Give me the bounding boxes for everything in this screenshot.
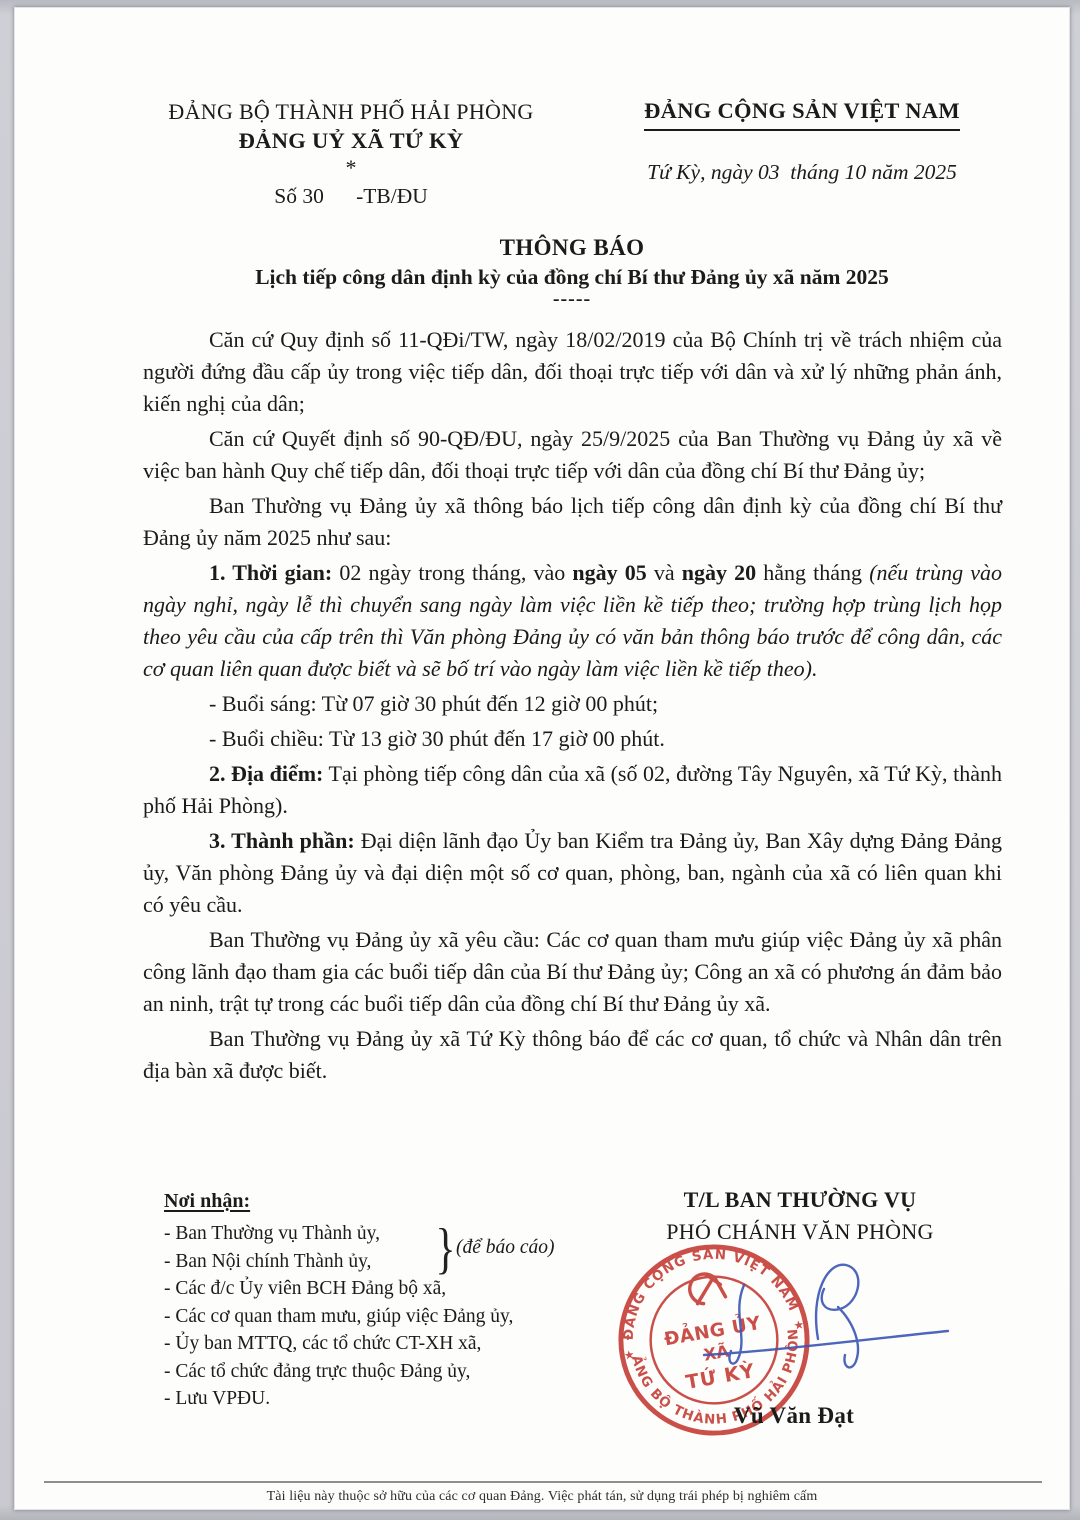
- recipient-item: - Các tổ chức đảng trực thuộc Đảng ủy,: [164, 1358, 594, 1386]
- section-time-day-05: ngày 05: [572, 560, 646, 585]
- section-participants: 3. Thành phần: Đại diện lãnh đạo Ủy ban …: [143, 825, 1002, 921]
- title-divider: -----: [143, 292, 1001, 307]
- section-time-day-20: ngày 20: [682, 560, 756, 585]
- signer-position: PHÓ CHÁNH VĂN PHÒNG: [615, 1215, 985, 1248]
- scanned-document-background: { "header": { "org_parent": "ĐẢNG BỘ THÀ…: [0, 0, 1080, 1520]
- afternoon-hours: - Buổi chiều: Từ 13 giờ 30 phút đến 17 g…: [143, 723, 1002, 755]
- issuing-org-name: ĐẢNG UỶ XÃ TỨ KỲ: [135, 126, 567, 155]
- national-header-block: ĐẢNG CỘNG SẢN VIỆT NAM Tứ Kỳ, ngày 03 th…: [610, 97, 994, 186]
- recipients-block: Nơi nhận: - Ban Thường vụ Thành ủy, - Ba…: [164, 1187, 594, 1413]
- body-paragraph-3: Ban Thường vụ Đảng ủy xã thông báo lịch …: [143, 490, 1002, 554]
- document-page: ĐẢNG BỘ THÀNH PHỐ HẢI PHÒNG ĐẢNG UỶ XÃ T…: [14, 7, 1070, 1510]
- title-block: THÔNG BÁO Lịch tiếp công dân định kỳ của…: [143, 233, 1001, 307]
- recipient-item: - Ủy ban MTTQ, các tổ chức CT-XH xã,: [164, 1330, 594, 1358]
- recipients-heading: Nơi nhận:: [164, 1187, 594, 1215]
- section-time-label: 1. Thời gian:: [209, 560, 332, 585]
- morning-hours: - Buổi sáng: Từ 07 giờ 30 phút đến 12 gi…: [143, 688, 1002, 720]
- section-location-label: 2. Địa điểm:: [209, 761, 323, 786]
- place-and-date: Tứ Kỳ, ngày 03 tháng 10 năm 2025: [610, 158, 994, 186]
- recipients-brace-note: (để báo cáo): [456, 1237, 555, 1259]
- section-participants-label: 3. Thành phần:: [209, 828, 355, 853]
- issuing-org-block: ĐẢNG BỘ THÀNH PHỐ HẢI PHÒNG ĐẢNG UỶ XÃ T…: [135, 97, 567, 211]
- section-location: 2. Địa điểm: Tại phòng tiếp công dân của…: [143, 758, 1002, 822]
- footer-notice: Tài liệu này thuộc sở hữu của các cơ qua…: [14, 1489, 1070, 1505]
- body-paragraph-1: Căn cứ Quy định số 11-QĐi/TW, ngày 18/02…: [143, 324, 1002, 420]
- document-number: Số 30 -TB/ĐU: [135, 182, 567, 211]
- document-type: THÔNG BÁO: [143, 233, 1001, 263]
- section-time-text-2: và: [647, 560, 682, 585]
- handwritten-signature: [686, 1251, 966, 1381]
- footer-divider: [44, 1481, 1042, 1483]
- signing-authority: T/L BAN THƯỜNG VỤ: [615, 1185, 985, 1215]
- recipient-item: - Lưu VPĐU.: [164, 1385, 594, 1413]
- signer-name: Vũ Văn Đạt: [669, 1403, 919, 1429]
- section-time-text-1: 02 ngày trong tháng, vào: [332, 560, 572, 585]
- section-time-text-3: hằng tháng: [756, 560, 869, 585]
- document-body: Căn cứ Quy định số 11-QĐi/TW, ngày 18/02…: [143, 324, 1002, 1090]
- org-separator: *: [135, 155, 567, 181]
- stamp-star-left: ★: [623, 1347, 636, 1363]
- recipient-item: - Các đ/c Ủy viên BCH Đảng bộ xã,: [164, 1275, 594, 1303]
- signature-block: T/L BAN THƯỜNG VỤ PHÓ CHÁNH VĂN PHÒNG: [615, 1185, 985, 1248]
- parent-org-name: ĐẢNG BỘ THÀNH PHỐ HẢI PHÒNG: [135, 97, 567, 126]
- national-motto: ĐẢNG CỘNG SẢN VIỆT NAM: [644, 97, 960, 131]
- body-paragraph-8: Ban Thường vụ Đảng ủy xã yêu cầu: Các cơ…: [143, 924, 1002, 1020]
- body-paragraph-2: Căn cứ Quyết định số 90-QĐ/ĐU, ngày 25/9…: [143, 423, 1002, 487]
- recipient-item: - Các cơ quan tham mưu, giúp việc Đảng ủ…: [164, 1303, 594, 1331]
- section-time: 1. Thời gian: 02 ngày trong tháng, vào n…: [143, 557, 1002, 685]
- body-paragraph-9: Ban Thường vụ Đảng ủy xã Tứ Kỳ thông báo…: [143, 1023, 1002, 1087]
- recipients-brace: }: [435, 1217, 455, 1281]
